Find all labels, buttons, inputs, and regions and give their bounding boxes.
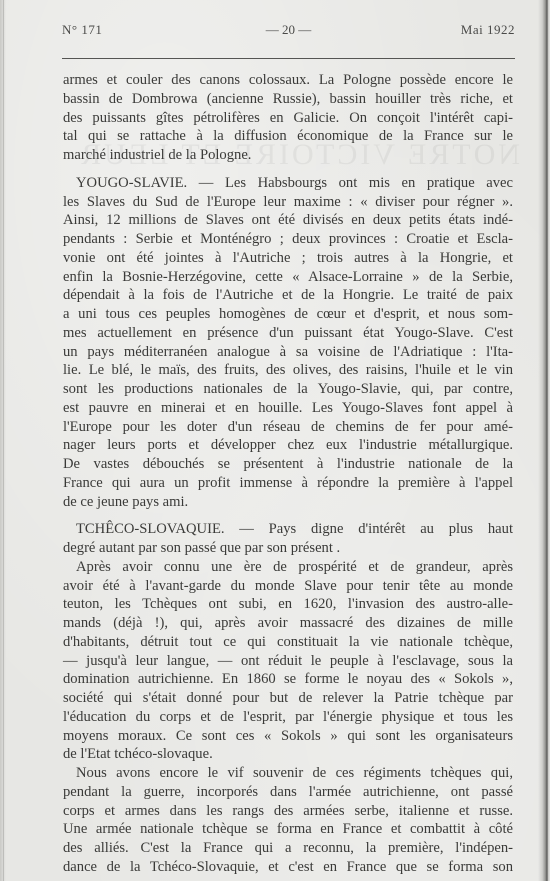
paragraph-yougo-slavie: YOUGO-SLAVIE. — Les Habsbourgs ont mis e… <box>63 174 513 512</box>
text-line: Une armée nationale tchèque se forma en … <box>63 820 513 839</box>
text-line: domination autrichienne. En 1860 se form… <box>63 670 513 689</box>
header-rule <box>62 58 515 59</box>
text-line: France qui aura un profit immense à répo… <box>63 474 513 493</box>
right-binding-shadow <box>538 0 550 881</box>
text-line: avoir été à l'avant-garde du monde Slave… <box>63 577 513 596</box>
text-line: degré autant par son passé que par son p… <box>63 539 513 558</box>
text-line: d'habitants, détruit tout ce qui constit… <box>63 633 513 652</box>
scanned-page: NOTRE VICTOIRE ET LEUR N° 171 — 20 — Mai… <box>0 0 550 881</box>
issue-date: Mai 1922 <box>461 22 515 38</box>
text-line: Nous avons encore le vif souvenir de ces… <box>63 764 513 783</box>
text-line: tal qui se rattache à la diffusion écono… <box>63 127 513 146</box>
text-line: pendant la guerre, incorporés dans l'arm… <box>63 783 513 802</box>
text-line: société qui s'était donné pour but de re… <box>63 689 513 708</box>
paragraph-pologne: armes et couler des canons colossaux. La… <box>63 71 513 165</box>
text-line: les Slaves du Sud de l'Europe leur maxim… <box>63 193 513 212</box>
text-line: armes et couler des canons colossaux. La… <box>63 71 513 90</box>
text-line: — jusqu'à leur langue, — ont réduit le p… <box>63 652 513 671</box>
text-line: un pays méditerranéen analogue à sa vois… <box>63 343 513 362</box>
text-line: corps et armes dans les rangs des armées… <box>63 802 513 821</box>
article-body: armes et couler des canons colossaux. La… <box>63 71 513 877</box>
paragraph-tcheco-slovaquie-war: Nous avons encore le vif souvenir de ces… <box>63 764 513 877</box>
text-line: bassin de Dombrowa (ancienne Russie), ba… <box>63 90 513 109</box>
section-heading-line: TCHÊCO-SLOVAQUIE. — Pays digne d'intérêt… <box>63 520 513 539</box>
page-number: — 20 — <box>62 22 515 38</box>
text-line: moyens moraux. Ce sont ces « Sokols » qu… <box>63 727 513 746</box>
text-line: De vastes débouchés se présentent à l'in… <box>63 455 513 474</box>
text-line: mes actuellement en présence d'un puissa… <box>63 324 513 343</box>
text-line: pendants : Serbie et Monténégro ; deux p… <box>63 230 513 249</box>
text-line: l'Europe pour les doter d'un réseau de c… <box>63 418 513 437</box>
section-heading-line: YOUGO-SLAVIE. — Les Habsbourgs ont mis e… <box>63 174 513 193</box>
text-line: dance de la Tchéco-Slovaquie, et c'est e… <box>63 858 513 877</box>
text-line: a uni tous ces peuples homogènes de cœur… <box>63 305 513 324</box>
text-line: marché industriel de la Pologne. <box>63 146 513 165</box>
text-line: teuton, les Tchèques ont subi, en 1620, … <box>63 595 513 614</box>
text-line: des alliés. C'est la France qui a reconn… <box>63 839 513 858</box>
text-line: nager leurs ports et développer chez eux… <box>63 436 513 455</box>
text-line: dépendait à la fois de l'Autriche et de … <box>63 286 513 305</box>
left-page-edge-line <box>3 0 4 881</box>
text-line: est pauvre en minerai et en houille. Les… <box>63 399 513 418</box>
text-line: de l'Etat tchéco-slovaque. <box>63 745 513 764</box>
text-line: enfin la Bosnie-Herzégovine, cette « Als… <box>63 268 513 287</box>
text-line: lie. Le blé, le maïs, des fruits, des ol… <box>63 361 513 380</box>
paragraph-tcheco-slovaquie-history: Après avoir connu une ère de prospérité … <box>63 558 513 764</box>
text-line: Après avoir connu une ère de prospérité … <box>63 558 513 577</box>
text-line: sont les productions nationales de la Yo… <box>63 380 513 399</box>
text-line: de ce jeune pays ami. <box>63 493 513 512</box>
text-line: vonie ont été jointes à l'Autriche ; tro… <box>63 249 513 268</box>
text-line: des puissants gîtes pétrolifères en Gali… <box>63 109 513 128</box>
text-line: l'éducation du corps et de l'esprit, par… <box>63 708 513 727</box>
paragraph-tcheco-slovaquie-intro: TCHÊCO-SLOVAQUIE. — Pays digne d'intérêt… <box>63 520 513 558</box>
running-header: N° 171 — 20 — Mai 1922 <box>62 18 515 42</box>
text-line: Ainsi, 12 millions de Slaves ont été div… <box>63 211 513 230</box>
text-line: mands (déjà !), qui, après avoir massacr… <box>63 614 513 633</box>
